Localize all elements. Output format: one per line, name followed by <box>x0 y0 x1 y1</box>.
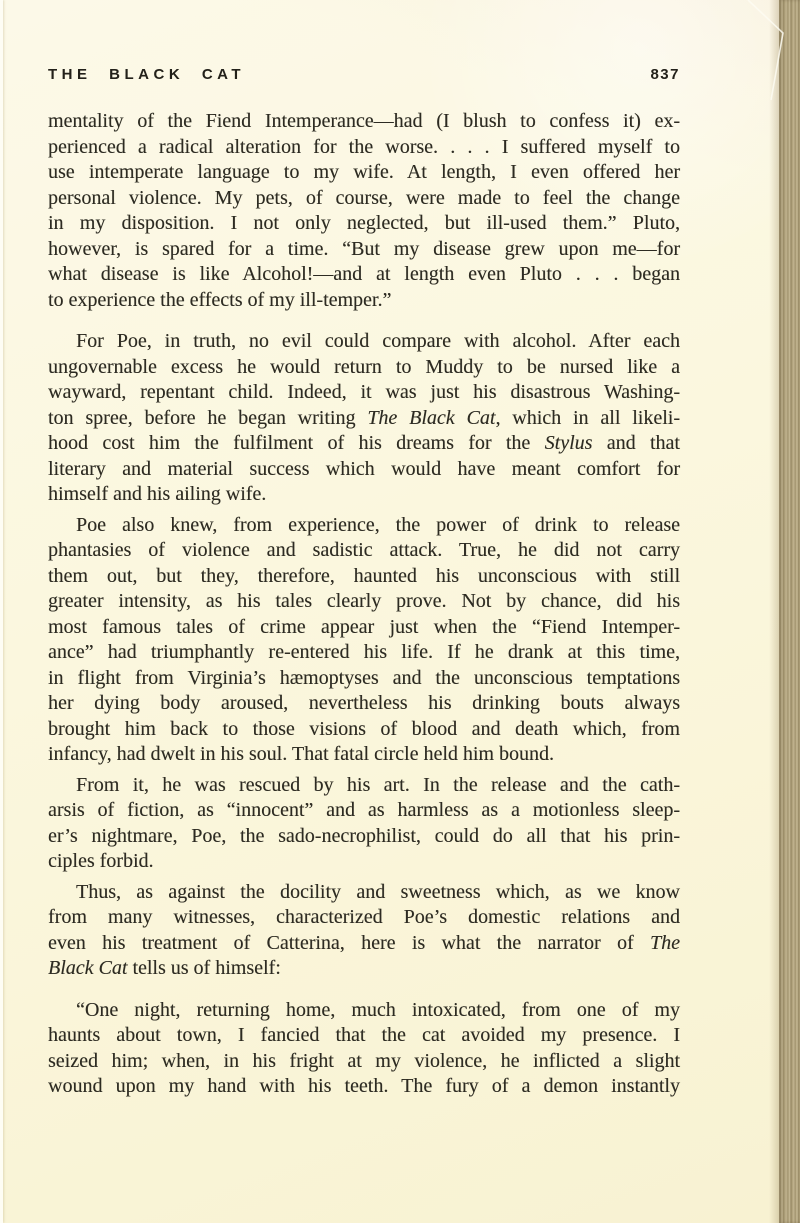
text-line: seized him; when, in his fright at my vi… <box>48 1049 680 1075</box>
text-line: her dying body aroused, nevertheless his… <box>48 691 680 717</box>
text-line: wayward, repentant child. Indeed, it was… <box>48 380 680 406</box>
text-line: infancy, had dwelt in his soul. That fat… <box>48 742 680 768</box>
text-line: in flight from Virginia’s hæmoptyses and… <box>48 666 680 692</box>
paragraph: For Poe, in truth, no evil could compare… <box>48 329 680 508</box>
text-line: himself and his ailing wife. <box>48 482 680 508</box>
text-line: Poe also knew, from experience, the powe… <box>48 513 680 539</box>
paragraph: Thus, as against the docility and sweetn… <box>48 880 680 982</box>
text-line: what disease is like Alcohol!—and at len… <box>48 262 680 288</box>
text-line: phantasies of violence and sadistic atta… <box>48 538 680 564</box>
page-text: mentality of the Fiend Intemperance—had … <box>48 109 680 1100</box>
text-line: For Poe, in truth, no evil could compare… <box>48 329 680 355</box>
text-line: er’s nightmare, Poe, the sado-necrophili… <box>48 824 680 850</box>
text-line: wound upon my hand with his teeth. The f… <box>48 1074 680 1100</box>
text-line: use intemperate language to my wife. At … <box>48 160 680 186</box>
text-line: perienced a radical alteration for the w… <box>48 135 680 161</box>
text-line: most famous tales of crime appear just w… <box>48 615 680 641</box>
paragraph: Poe also knew, from experience, the powe… <box>48 513 680 768</box>
text-line: greater intensity, as his tales clearly … <box>48 589 680 615</box>
text-line: from many witnesses, characterized Poe’s… <box>48 905 680 931</box>
text-line: them out, but they, therefore, haunted h… <box>48 564 680 590</box>
text-line: brought him back to those visions of blo… <box>48 717 680 743</box>
text-line: “One night, returning home, much intoxic… <box>48 998 680 1024</box>
running-head: THE BLACK CAT 837 <box>48 66 680 83</box>
text-line: ton spree, before he began writing The B… <box>48 406 680 432</box>
text-line: haunts about town, I fancied that the ca… <box>48 1023 680 1049</box>
page-edge-shadow <box>769 0 779 1223</box>
text-line: personal violence. My pets, of course, w… <box>48 186 680 212</box>
text-line: ciples forbid. <box>48 849 680 875</box>
text-line: From it, he was rescued by his art. In t… <box>48 773 680 799</box>
text-line: Black Cat tells us of himself: <box>48 956 680 982</box>
text-line: literary and material success which woul… <box>48 457 680 483</box>
book-page-edges <box>779 0 800 1223</box>
text-line: ungovernable excess he would return to M… <box>48 355 680 381</box>
text-line: however, is spared for a time. “But my d… <box>48 237 680 263</box>
text-line: to experience the effects of my ill-temp… <box>48 288 680 314</box>
text-line: in my disposition. I not only neglected,… <box>48 211 680 237</box>
scanned-book-page: THE BLACK CAT 837 mentality of the Fiend… <box>0 0 800 1223</box>
text-line: ance” had triumphantly re-entered his li… <box>48 640 680 666</box>
text-line: arsis of fiction, as “innocent” and as h… <box>48 798 680 824</box>
chapter-title: THE BLACK CAT <box>48 66 245 83</box>
page-number: 837 <box>650 66 680 83</box>
text-line: even his treatment of Catterina, here is… <box>48 931 680 957</box>
page-content: THE BLACK CAT 837 mentality of the Fiend… <box>48 66 680 1100</box>
paragraph: mentality of the Fiend Intemperance—had … <box>48 109 680 313</box>
text-line: Thus, as against the docility and sweetn… <box>48 880 680 906</box>
text-line: hood cost him the fulfilment of his drea… <box>48 431 680 457</box>
text-line: mentality of the Fiend Intemperance—had … <box>48 109 680 135</box>
paragraph: From it, he was rescued by his art. In t… <box>48 773 680 875</box>
paragraph: “One night, returning home, much intoxic… <box>48 998 680 1100</box>
scan-left-edge <box>0 0 3 1223</box>
